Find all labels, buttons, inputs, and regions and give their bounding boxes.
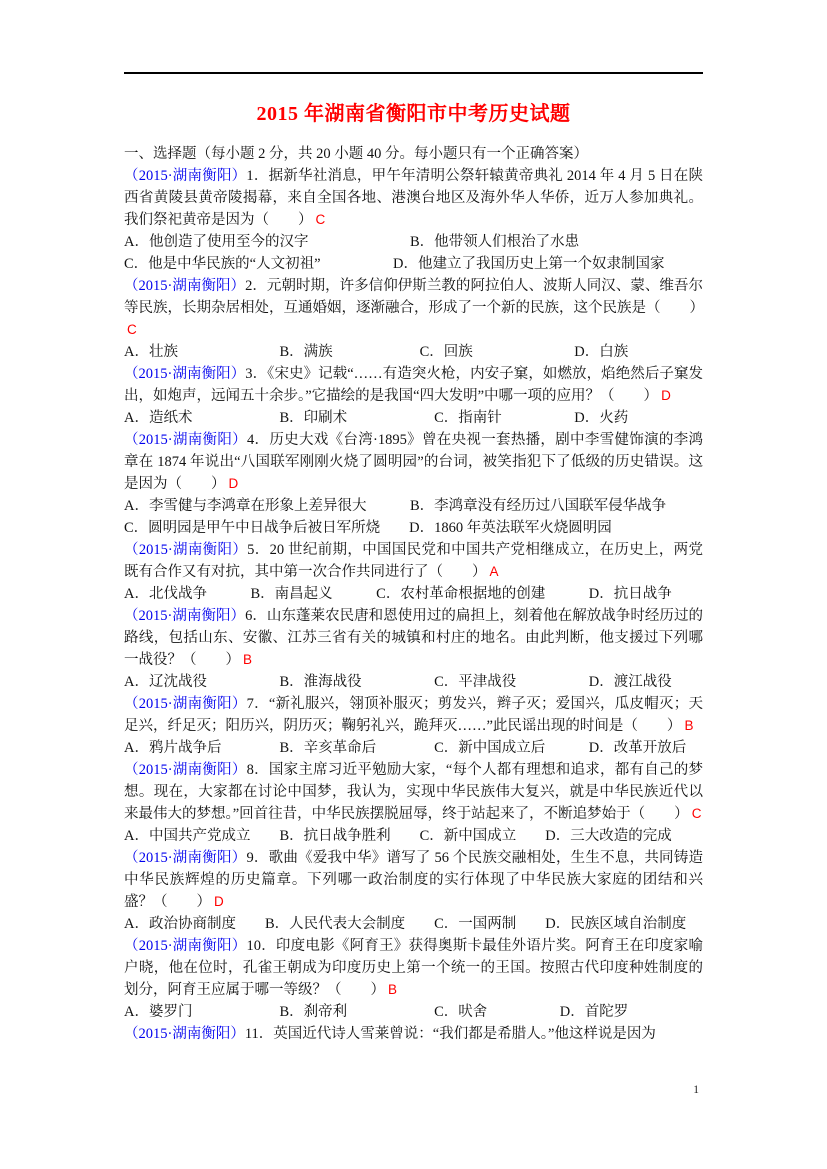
question-text: （2015·湖南衡阳）5．20 世纪前期，中国国民党和中国共产党相继成立，在历史… (124, 539, 703, 583)
answer-letter: D (214, 894, 224, 909)
question-text: （2015·湖南衡阳）11．英国近代诗人雪莱曾说：“我们都是希腊人。”他这样说是… (124, 1023, 703, 1045)
option-line: A．辽沈战役 B．淮海战役 C．平津战役 D．渡江战役 (124, 671, 703, 693)
option-line: A．中国共产党成立 B．抗日战争胜利 C．新中国成立 D．三大改造的完成 (124, 825, 703, 847)
source-tag: （2015·湖南衡阳） (124, 1026, 245, 1042)
option-line: A．壮族 B．满族 C．回族 D．白族 (124, 341, 703, 363)
option-line: A．鸦片战争后 B．辛亥革命后 C．新中国成立后 D．改革开放后 (124, 737, 703, 759)
question-7: （2015·湖南衡阳）7．“新礼服兴，翎顶补服灭；剪发兴，辫子灭；爱国兴，瓜皮帽… (124, 693, 703, 759)
question-text: （2015·湖南衡阳）4．历史大戏《台湾·1895》曾在央视一套热播，剧中李雪健… (124, 429, 703, 495)
answer-letter: A (490, 564, 499, 579)
source-tag: （2015·湖南衡阳） (124, 366, 245, 382)
question-5: （2015·湖南衡阳）5．20 世纪前期，中国国民党和中国共产党相继成立，在历史… (124, 539, 703, 605)
option-line: A．他创造了使用至今的汉字 B．他带领人们根治了水患 (124, 231, 703, 253)
question-11: （2015·湖南衡阳）11．英国近代诗人雪莱曾说：“我们都是希腊人。”他这样说是… (124, 1023, 703, 1045)
option-line: C．圆明园是甲午中日战争后被日军所烧 D．1860 年英法联军火烧圆明园 (124, 517, 703, 539)
answer-letter: B (243, 652, 252, 667)
question-text: （2015·湖南衡阳）3．《宋史》记载“……有造突火枪，内安子窠，如燃放，焰绝然… (124, 363, 703, 407)
source-tag: （2015·湖南衡阳） (124, 542, 247, 558)
source-tag: （2015·湖南衡阳） (124, 850, 246, 866)
question-text: （2015·湖南衡阳）2．元朝时期，许多信仰伊斯兰教的阿拉伯人、波斯人同汉、蒙、… (124, 275, 703, 341)
section-header: 一、选择题（每小题 2 分，共 20 小题 40 分。每小题只有一个正确答案） (124, 143, 703, 165)
question-3: （2015·湖南衡阳）3．《宋史》记载“……有造突火枪，内安子窠，如燃放，焰绝然… (124, 363, 703, 429)
answer-letter: C (316, 212, 326, 227)
answer-letter: B (684, 718, 693, 733)
answer-letter: D (229, 476, 239, 491)
answer-letter: D (661, 388, 671, 403)
question-stem: 11．英国近代诗人雪莱曾说：“我们都是希腊人。”他这样说是因为 (245, 1026, 656, 1042)
question-text: （2015·湖南衡阳）7．“新礼服兴，翎顶补服灭；剪发兴，辫子灭；爱国兴，瓜皮帽… (124, 693, 703, 737)
source-tag: （2015·湖南衡阳） (124, 762, 247, 778)
question-8: （2015·湖南衡阳）8．国家主席习近平勉励大家，“每个人都有理想和追求，都有自… (124, 759, 703, 847)
option-line: A．政治协商制度 B．人民代表大会制度 C．一国两制 D．民族区域自治制度 (124, 913, 703, 935)
question-text: （2015·湖南衡阳）6．山东蓬莱农民唐和恩使用过的扁担上，刻着他在解放战争时经… (124, 605, 703, 671)
answer-letter: C (692, 806, 702, 821)
header-rule (124, 72, 703, 74)
question-text: （2015·湖南衡阳）10．印度电影《阿育王》获得奥斯卡最佳外语片奖。阿育王在印… (124, 935, 703, 1001)
option-line: A．婆罗门 B．刹帝利 C．吠舍 D．首陀罗 (124, 1001, 703, 1023)
option-line: A．李雪健与李鸿章在形象上差异很大 B．李鸿章没有经历过八国联军侵华战争 (124, 495, 703, 517)
answer-letter: B (388, 982, 397, 997)
question-text: （2015·湖南衡阳）1．据新华社消息，甲午年清明公祭轩辕黄帝典礼 2014 年… (124, 165, 703, 231)
question-1: （2015·湖南衡阳）1．据新华社消息，甲午年清明公祭轩辕黄帝典礼 2014 年… (124, 165, 703, 275)
source-tag: （2015·湖南衡阳） (124, 608, 245, 624)
option-line: A．北伐战争 B．南昌起义 C．农村革命根据地的创建 D．抗日战争 (124, 583, 703, 605)
question-6: （2015·湖南衡阳）6．山东蓬莱农民唐和恩使用过的扁担上，刻着他在解放战争时经… (124, 605, 703, 693)
page-content: 2015 年湖南省衡阳市中考历史试题 一、选择题（每小题 2 分，共 20 小题… (124, 72, 703, 1045)
document-title: 2015 年湖南省衡阳市中考历史试题 (124, 102, 703, 127)
question-text: （2015·湖南衡阳）9．歌曲《爱我中华》谱写了 56 个民族交融相处，生生不息… (124, 847, 703, 913)
answer-letter: C (127, 322, 137, 337)
question-2: （2015·湖南衡阳）2．元朝时期，许多信仰伊斯兰教的阿拉伯人、波斯人同汉、蒙、… (124, 275, 703, 363)
option-line: A．造纸术 B．印刷术 C．指南针 D．火药 (124, 407, 703, 429)
question-text: （2015·湖南衡阳）8．国家主席习近平勉励大家，“每个人都有理想和追求，都有自… (124, 759, 703, 825)
source-tag: （2015·湖南衡阳） (124, 168, 246, 184)
source-tag: （2015·湖南衡阳） (124, 938, 246, 954)
question-10: （2015·湖南衡阳）10．印度电影《阿育王》获得奥斯卡最佳外语片奖。阿育王在印… (124, 935, 703, 1023)
question-4: （2015·湖南衡阳）4．历史大戏《台湾·1895》曾在央视一套热播，剧中李雪健… (124, 429, 703, 539)
document-page: 2015 年湖南省衡阳市中考历史试题 一、选择题（每小题 2 分，共 20 小题… (0, 0, 827, 1169)
option-line: C．他是中华民族的“人文初祖” D．他建立了我国历史上第一个奴隶制国家 (124, 253, 703, 275)
page-number: 1 (693, 1084, 699, 1096)
source-tag: （2015·湖南衡阳） (124, 278, 245, 294)
question-9: （2015·湖南衡阳）9．歌曲《爱我中华》谱写了 56 个民族交融相处，生生不息… (124, 847, 703, 935)
source-tag: （2015·湖南衡阳） (124, 432, 247, 448)
source-tag: （2015·湖南衡阳） (124, 696, 247, 712)
